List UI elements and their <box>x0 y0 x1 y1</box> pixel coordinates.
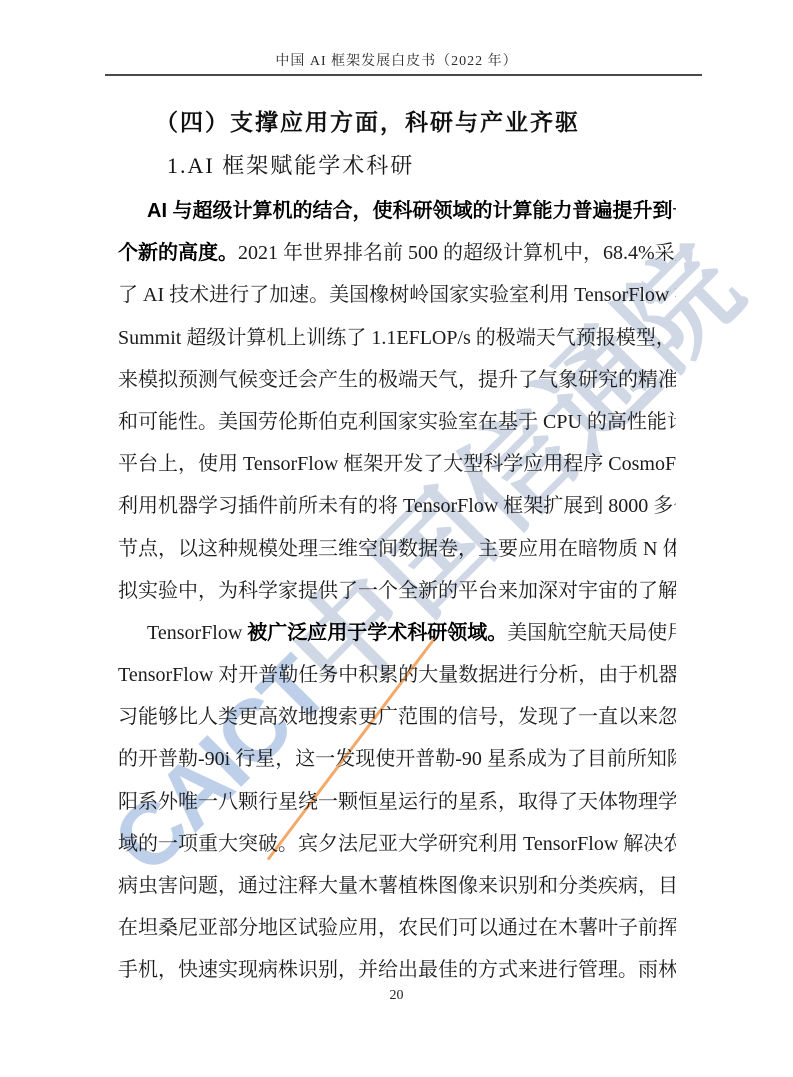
text-line: 习能够比人类更高效地搜索更广范围的信号，发现了一直以来忽视 <box>118 696 676 738</box>
text-line: 域的一项重大突破。宾夕法尼亚大学研究利用 TensorFlow 解决农业 <box>118 823 676 865</box>
paragraph: TensorFlow 被广泛应用于学术科研领域。美国航空航天局使用TensorF… <box>118 612 676 992</box>
body-text: TensorFlow 对开普勒任务中积累的大量数据进行分析，由于机器学 <box>118 664 676 686</box>
body-text: 手机，快速实现病株识别，并给出最佳的方式来进行管理。雨林保 <box>118 959 676 981</box>
body-text: Summit 超级计算机上训练了 1.1EFLOP/s 的极端天气预报模型，用 <box>118 327 676 349</box>
text-line: 利用机器学习插件前所未有的将 TensorFlow 框架扩展到 8000 多个 <box>118 485 676 527</box>
emphasized-text: 个新的高度。 <box>118 242 238 264</box>
body-text: 来模拟预测气候变迁会产生的极端天气，提升了气象研究的精准度 <box>118 369 676 391</box>
document-page: 中国 AI 框架发展白皮书（2022 年） CAICT中国信通院 （四）支撑应用… <box>0 0 793 1077</box>
body-text: 和可能性。美国劳伦斯伯克利国家实验室在基于 CPU 的高性能计算 <box>118 411 676 433</box>
text-line: 在坦桑尼亚部分地区试验应用，农民们可以通过在木薯叶子前挥动 <box>118 907 676 949</box>
body-text: TensorFlow <box>147 622 247 644</box>
emphasized-text: 被广泛应用于学术科研领域。 <box>247 622 507 644</box>
body-text: 拟实验中，为科学家提供了一个全新的平台来加深对宇宙的了解。 <box>118 580 676 602</box>
section-heading: （四）支撑应用方面，科研与产业齐驱 <box>155 104 580 137</box>
text-line: 手机，快速实现病株识别，并给出最佳的方式来进行管理。雨林保 <box>118 949 676 991</box>
text-line: 来模拟预测气候变迁会产生的极端天气，提升了气象研究的精准度 <box>118 359 676 401</box>
text-line: TensorFlow 被广泛应用于学术科研领域。美国航空航天局使用 <box>118 612 676 654</box>
text-line: 拟实验中，为科学家提供了一个全新的平台来加深对宇宙的了解。 <box>118 570 676 612</box>
subsection-heading: 1.AI 框架赋能学术科研 <box>167 149 414 180</box>
body-text: 在坦桑尼亚部分地区试验应用，农民们可以通过在木薯叶子前挥动 <box>118 917 676 939</box>
body-text: 2021 年世界排名前 500 的超级计算机中，68.4%采用 <box>238 242 676 264</box>
body-text: 域的一项重大突破。宾夕法尼亚大学研究利用 TensorFlow 解决农业 <box>118 833 676 855</box>
body-paragraphs: AI 与超级计算机的结合，使科研领域的计算能力普遍提升到一个新的高度。2021 … <box>118 190 676 992</box>
text-line: AI 与超级计算机的结合，使科研领域的计算能力普遍提升到一 <box>118 190 676 232</box>
emphasized-text: AI 与超级计算机的结合，使科研领域的计算能力普遍提升到一 <box>147 200 676 222</box>
body-text: 的开普勒-90i 行星，这一发现使开普勒-90 星系成为了目前所知除太 <box>118 748 676 770</box>
text-line: 阳系外唯一八颗行星绕一颗恒星运行的星系，取得了天体物理学领 <box>118 781 676 823</box>
body-text: 阳系外唯一八颗行星绕一颗恒星运行的星系，取得了天体物理学领 <box>118 791 676 813</box>
text-line: TensorFlow 对开普勒任务中积累的大量数据进行分析，由于机器学 <box>118 654 676 696</box>
text-line: 节点，以这种规模处理三维空间数据卷，主要应用在暗物质 N 体模 <box>118 528 676 570</box>
text-line: Summit 超级计算机上训练了 1.1EFLOP/s 的极端天气预报模型，用 <box>118 317 676 359</box>
text-line: 的开普勒-90i 行星，这一发现使开普勒-90 星系成为了目前所知除太 <box>118 738 676 780</box>
body-text: 病虫害问题，通过注释大量木薯植株图像来识别和分类疾病，目前 <box>118 875 676 897</box>
text-line: 病虫害问题，通过注释大量木薯植株图像来识别和分类疾病，目前 <box>118 865 676 907</box>
body-text: 了 AI 技术进行了加速。美国橡树岭国家实验室利用 TensorFlow 在 <box>118 284 676 306</box>
body-text: 利用机器学习插件前所未有的将 TensorFlow 框架扩展到 8000 多个 <box>118 495 676 517</box>
header-rule <box>105 74 702 76</box>
text-line: 了 AI 技术进行了加速。美国橡树岭国家实验室利用 TensorFlow 在 <box>118 274 676 316</box>
text-line: 个新的高度。2021 年世界排名前 500 的超级计算机中，68.4%采用 <box>118 232 676 274</box>
body-text: 习能够比人类更高效地搜索更广范围的信号，发现了一直以来忽视 <box>118 706 676 728</box>
text-line: 平台上，使用 TensorFlow 框架开发了大型科学应用程序 CosmoFlo… <box>118 443 676 485</box>
text-line: 和可能性。美国劳伦斯伯克利国家实验室在基于 CPU 的高性能计算 <box>118 401 676 443</box>
body-text: 节点，以这种规模处理三维空间数据卷，主要应用在暗物质 N 体模 <box>118 538 676 560</box>
body-text: 平台上，使用 TensorFlow 框架开发了大型科学应用程序 CosmoFlo… <box>118 453 676 475</box>
running-header-title: 中国 AI 框架发展白皮书（2022 年） <box>0 50 793 70</box>
paragraph: AI 与超级计算机的结合，使科研领域的计算能力普遍提升到一个新的高度。2021 … <box>118 190 676 612</box>
body-text: 美国航空航天局使用 <box>507 622 676 644</box>
